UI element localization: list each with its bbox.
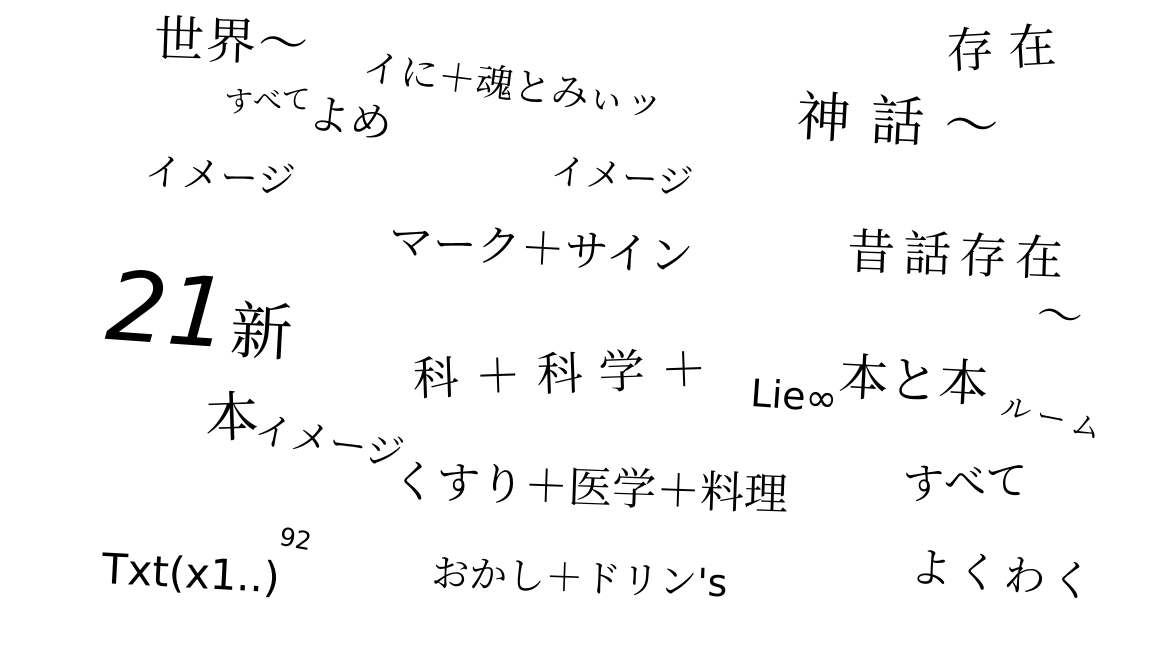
handwriting-image-1: イメージ <box>143 152 296 200</box>
handwriting-image-2: イメージ <box>549 154 695 202</box>
handwriting-id-tamashii: イに＋魂とみぃッ <box>360 48 665 123</box>
handwriting-number-21: 21 <box>103 258 232 362</box>
handwriting-sonzai-1: 存在 <box>945 22 1071 76</box>
handwriting-okashi-drinks: おかし＋ドリン's <box>431 554 728 602</box>
handwriting-txt-formula: Txt(x1..) <box>101 548 281 599</box>
handwriting-sekai: 世界〜 <box>153 14 311 69</box>
handwriting-kusuri-igaku-ryouri: くすり＋医学＋料理 <box>391 460 788 518</box>
handwriting-room: ルーム <box>998 392 1110 447</box>
handwriting-hon: 本 <box>204 390 260 446</box>
handwriting-image-3: イメージ <box>251 410 406 474</box>
handwriting-subete-2: すべて <box>902 460 1029 506</box>
handwriting-hon-to-hon: 本と本 <box>837 352 989 410</box>
handwriting-shinwa: 神話〜 <box>795 90 1020 156</box>
handwriting-shin: 新 <box>229 300 294 365</box>
handwriting-lie: Lie∞ <box>749 374 838 418</box>
handwriting-subete-1: すべて <box>224 85 311 117</box>
handwriting-yokuwaku: よくわく <box>908 546 1099 604</box>
drawing-canvas[interactable]: 世界〜 すべて よめ イメージ イに＋魂とみぃッ イメージ 存在 神話〜 マーク… <box>0 0 1152 648</box>
handwriting-mukashibanashi-sonzai: 昔話存在 <box>846 228 1072 284</box>
underline-swoosh-stroke: 〜 <box>1034 290 1086 342</box>
handwriting-ka-kagaku: 科＋科学＋ <box>412 345 723 402</box>
handwriting-txt-superscript: 92 <box>278 524 314 554</box>
handwriting-mark-sign: マーク＋サイン <box>388 220 695 280</box>
handwriting-yome: よめ <box>305 92 395 147</box>
